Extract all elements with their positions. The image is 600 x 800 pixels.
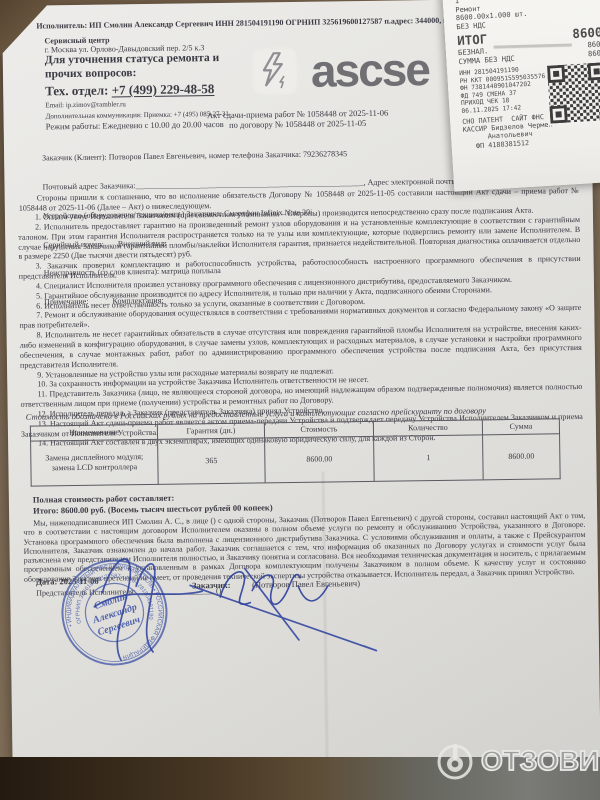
full-cost-label: Полная стоимость работ составляет: xyxy=(33,493,175,505)
cell-qty: 1 xyxy=(374,434,484,481)
table-header-cell: Гарантия (дн.) xyxy=(157,423,264,439)
logo-text: ascse xyxy=(311,46,430,94)
receipt-row-value: 8600.00 xyxy=(588,49,600,60)
table-header-cell: Сумма xyxy=(482,419,559,435)
logo-tile xyxy=(251,46,300,97)
works-table: НаименованиеГарантия (дн.)СтоимостьКолич… xyxy=(30,418,561,486)
client-sign-name: (Потворов Павел Евгеньевич) xyxy=(252,578,360,590)
cell-cost: 8600.00 xyxy=(265,436,375,483)
receipt-row-label: СУММА БЕЗ НДС xyxy=(458,55,515,67)
tech-dept-phone: Тех. отдел: +7 (499) 229-48-58 xyxy=(45,80,285,99)
client-sign-label: Заказчик: xyxy=(192,580,231,591)
cell-warranty: 365 xyxy=(158,437,266,483)
cell-sum: 8600.00 xyxy=(483,433,561,479)
table-header-cell: Количество xyxy=(373,420,482,436)
watermark-text: ОТЗОВИК xyxy=(481,745,600,777)
table-row: Замена дисплейного модуля; замена LCD ко… xyxy=(31,433,561,485)
tech-dept-number: +7 (499) 229-48-58 xyxy=(112,81,215,97)
receipt-total-value: 8600.00 xyxy=(572,23,600,41)
table-header-cell: Стоимость xyxy=(264,421,373,437)
receipt-fiscal-lines: ИНН 281504191190РН ККТ 0009515595035576Ф… xyxy=(459,64,558,115)
lightning-icon xyxy=(260,52,291,90)
cash-receipt: 1Ремонт8600.00x1.000 шт.БЕЗ НДС ИТОГ 860… xyxy=(442,0,600,192)
status-info-line2: прочих вопросов: xyxy=(45,65,285,82)
power-icon xyxy=(434,740,476,782)
company-logo: ascse xyxy=(251,44,430,96)
table-body: Замена дисплейного модуля; замена LCD ко… xyxy=(31,433,561,485)
tech-dept-label: Тех. отдел: xyxy=(45,83,108,99)
otzovik-watermark: ОТЗОВИК xyxy=(434,740,600,782)
qr-code xyxy=(545,60,600,126)
cell-name: Замена дисплейного модуля; замена LCD ко… xyxy=(31,439,159,486)
photo-of-document: Исполнитель: ИП Смолин Александр Сергеев… xyxy=(0,0,600,800)
total-line: Итого: 8600.00 руб. (Восемь тысяч шестьс… xyxy=(33,502,273,515)
